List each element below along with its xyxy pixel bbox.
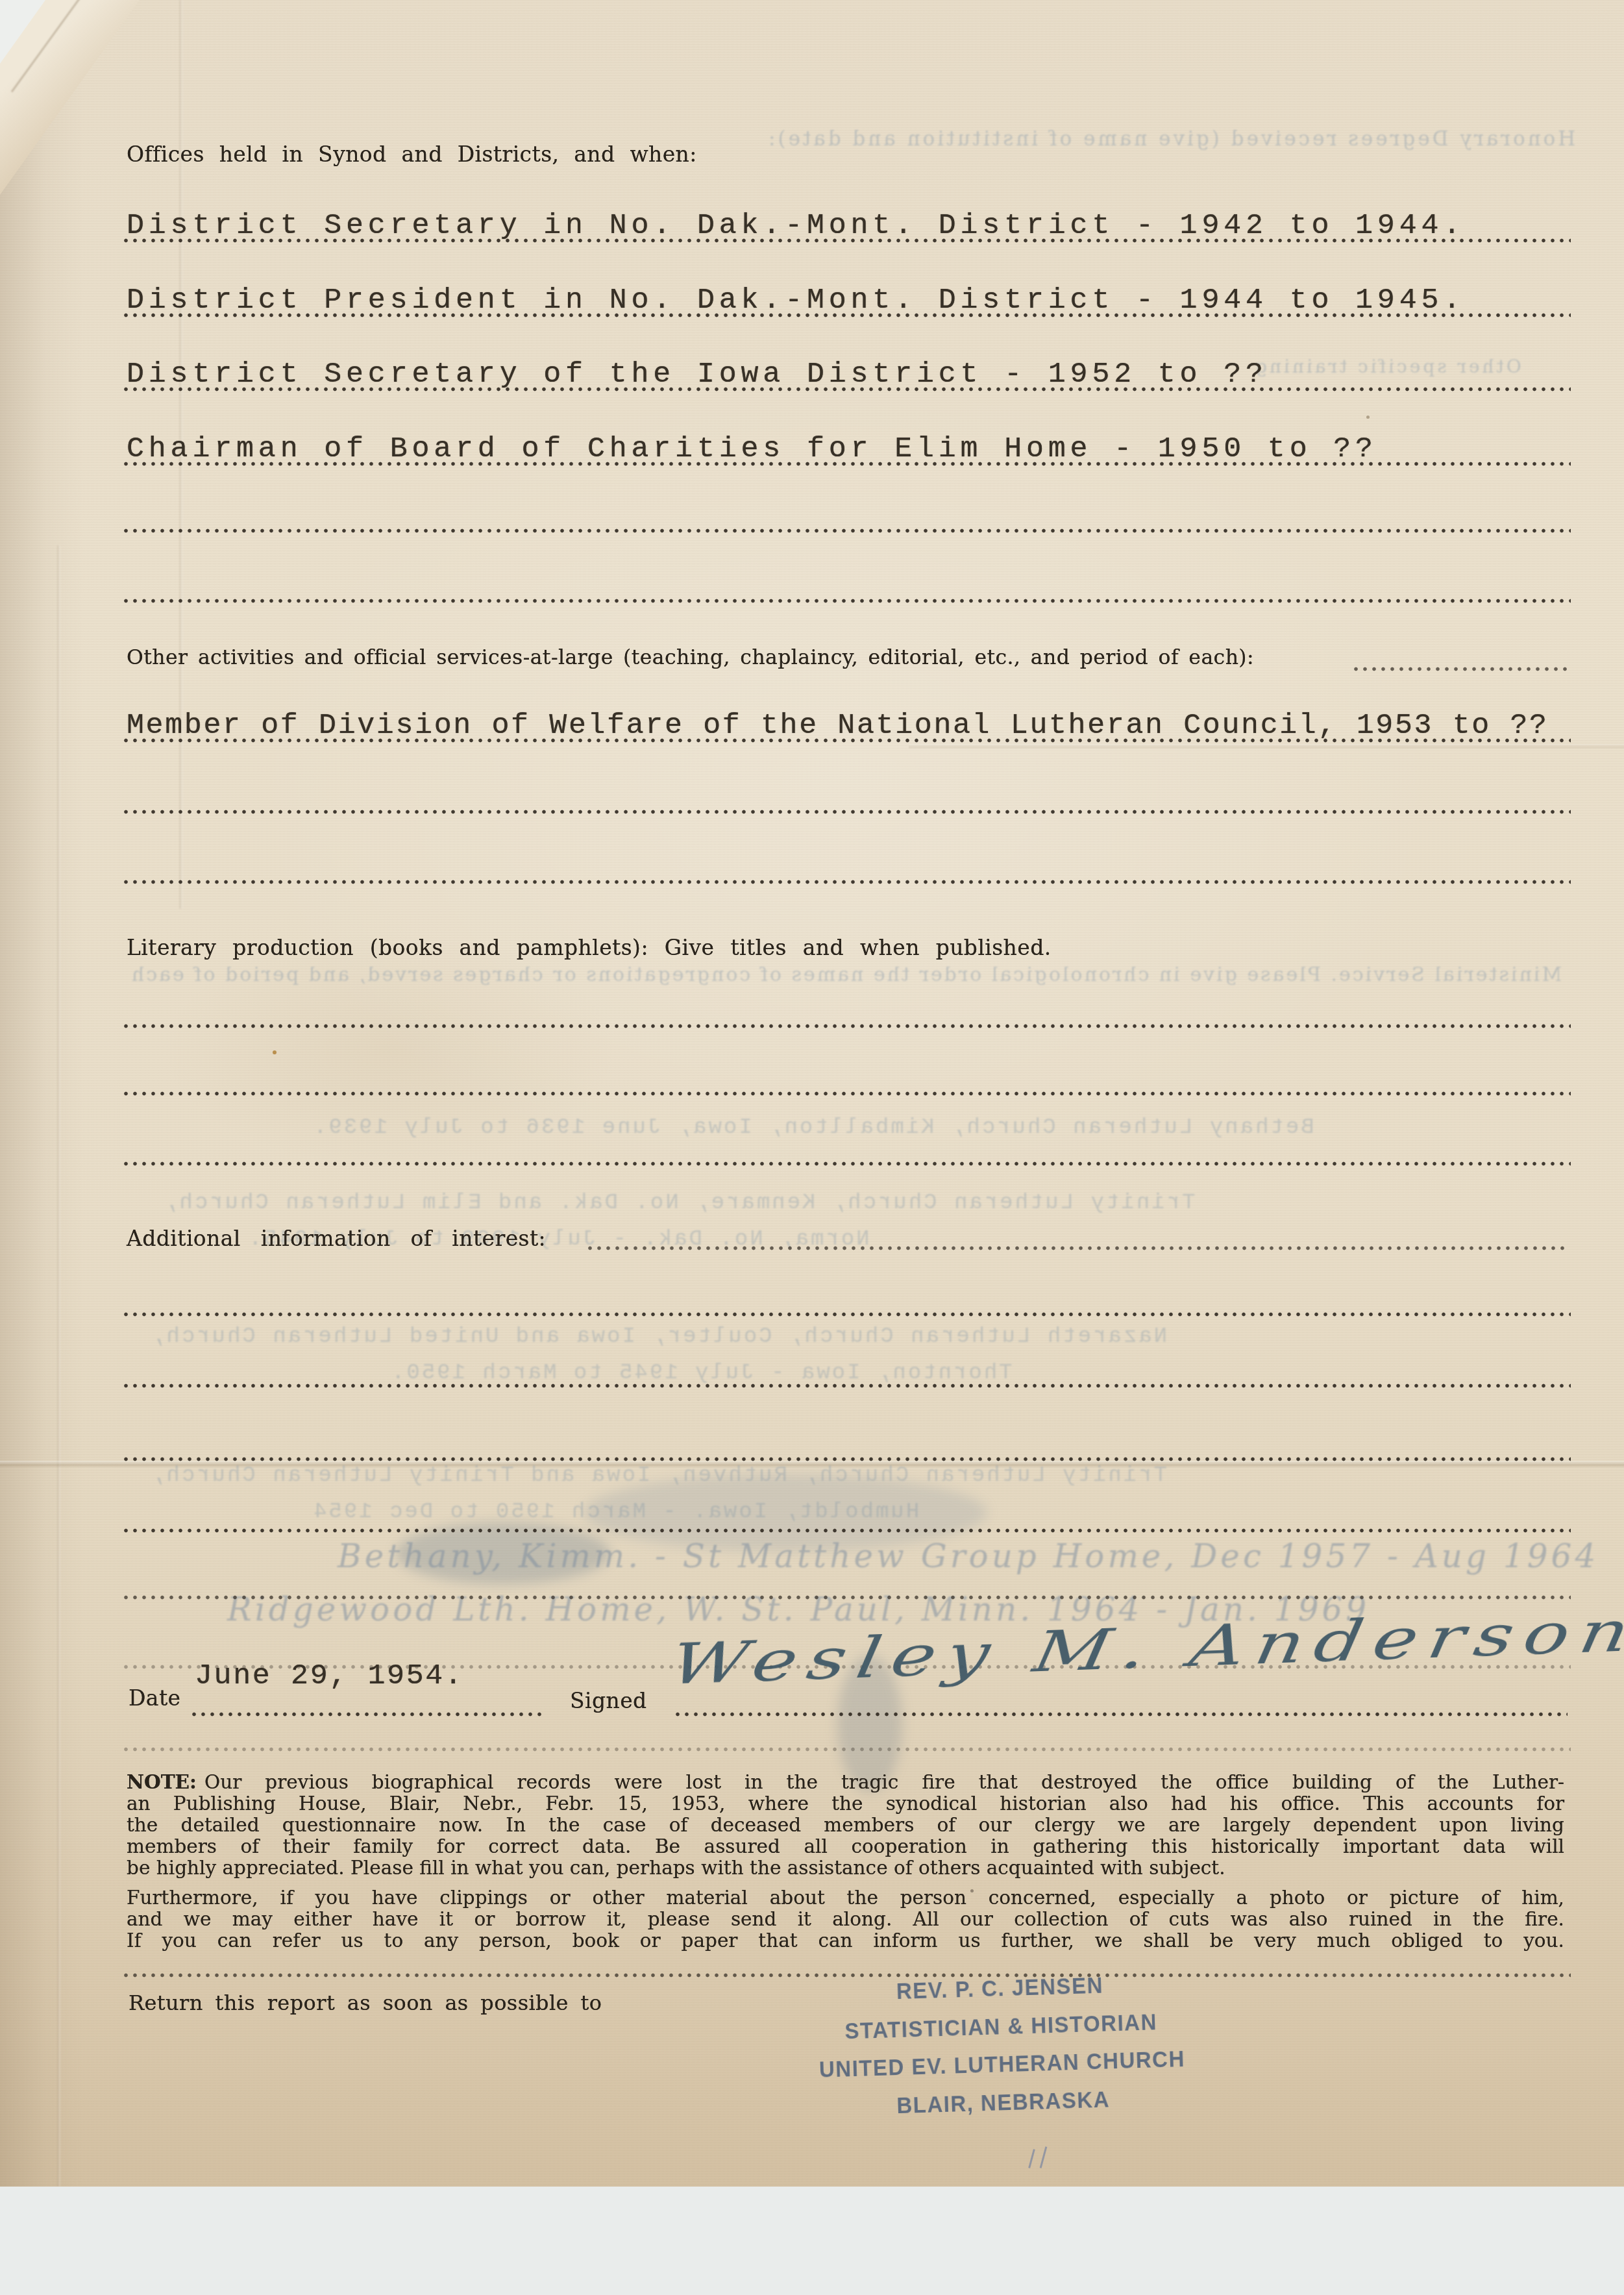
dotted-rule: [123, 1311, 1571, 1317]
dotted-rule: [123, 1161, 1571, 1167]
paper-sheet: Honorary Degrees received (give name of …: [0, 0, 1624, 2187]
dotted-rule: [123, 1023, 1571, 1029]
bleed-through-text: Nazareth Lutheran Church, Coulter, Iowa …: [149, 1324, 1167, 1349]
note-line: the detailed questionnaire now. In the c…: [127, 1815, 1564, 1836]
dotted-rule: [123, 461, 1571, 467]
dotted-rule: [123, 1528, 1571, 1533]
note-line: If you can refer us to any person, book …: [127, 1930, 1564, 1952]
paper-crease: [57, 545, 60, 2187]
dotted-rule: [123, 598, 1571, 604]
date-value: June 29, 1954.: [195, 1659, 463, 1693]
note-line: Furthermore, if you have clippings or ot…: [127, 1887, 1564, 1909]
signed-label: Signed: [570, 1688, 647, 1713]
paper-speck: [1366, 416, 1370, 419]
scanner-background: [0, 2187, 1624, 2295]
dotted-rule: [123, 1456, 1571, 1462]
note-line: and we may either have it or borrow it, …: [127, 1909, 1564, 1930]
corner-fold: [0, 0, 162, 201]
bleed-through-text: Bethany Lutheran Church, Kimballton, Iow…: [312, 1115, 1314, 1140]
dotted-leader: [587, 1245, 1568, 1251]
pen-mark: [1028, 2149, 1035, 2168]
literary-heading: Literary production (books and pamphlets…: [127, 935, 1052, 960]
pen-mark: [1040, 2146, 1048, 2168]
note-label: NOTE:: [127, 1770, 197, 1793]
dotted-rule: [123, 1594, 1571, 1600]
bleed-through-text: Other specific training: [1253, 356, 1521, 377]
offices-heading: Offices held in Synod and Districts, and…: [127, 142, 697, 167]
dotted-rule: [123, 738, 1571, 743]
date-dotted-rule: [191, 1711, 542, 1717]
dotted-rule: [123, 1091, 1571, 1097]
bleed-through-text: Thornton, Iowa - July 1945 to March 1950…: [389, 1361, 1013, 1385]
bleed-through-text: Honorary Degrees received (give name of …: [766, 127, 1575, 151]
paper-speck: [273, 1050, 277, 1054]
date-label: Date: [129, 1685, 181, 1711]
rubber-stamp: REV. P. C. JENSEN STATISTICIAN & HISTORI…: [802, 1963, 1202, 2127]
dotted-rule: [123, 809, 1571, 815]
dotted-rule: [123, 386, 1571, 392]
dotted-rule: [123, 528, 1571, 534]
signed-dotted-rule: [675, 1711, 1568, 1717]
dotted-rule: [123, 238, 1571, 243]
other-activities-heading: Other activities and official services-a…: [127, 646, 1254, 669]
return-instruction: Return this report as soon as possible t…: [129, 1991, 602, 2015]
dotted-rule: [123, 312, 1571, 318]
dotted-rule: [123, 879, 1571, 885]
note-line: members of their family for correct data…: [127, 1836, 1564, 1857]
note-line: NOTE:Our previous biographical records w…: [127, 1771, 1564, 1793]
dotted-rule: [123, 1746, 1571, 1752]
bleed-through-text: Ministerial Service. Please give in chro…: [130, 963, 1562, 986]
dotted-leader: [1353, 666, 1568, 672]
bleed-through-text: Trinity Lutheran Church, Kenmare, No. Da…: [162, 1191, 1195, 1215]
note-line: be highly appreciated. Please fill in wh…: [127, 1857, 1564, 1879]
bleed-handwriting: Bethany, Kimm. - St Matthew Group Home, …: [338, 1537, 1599, 1575]
additional-heading: Additional information of interest:: [127, 1226, 546, 1251]
note-paragraph: NOTE:Our previous biographical records w…: [127, 1771, 1564, 1952]
note-line: an Publishing House, Blair, Nebr., Febr.…: [127, 1793, 1564, 1815]
paper-crease: [909, 744, 1624, 749]
dotted-rule: [123, 1383, 1571, 1389]
